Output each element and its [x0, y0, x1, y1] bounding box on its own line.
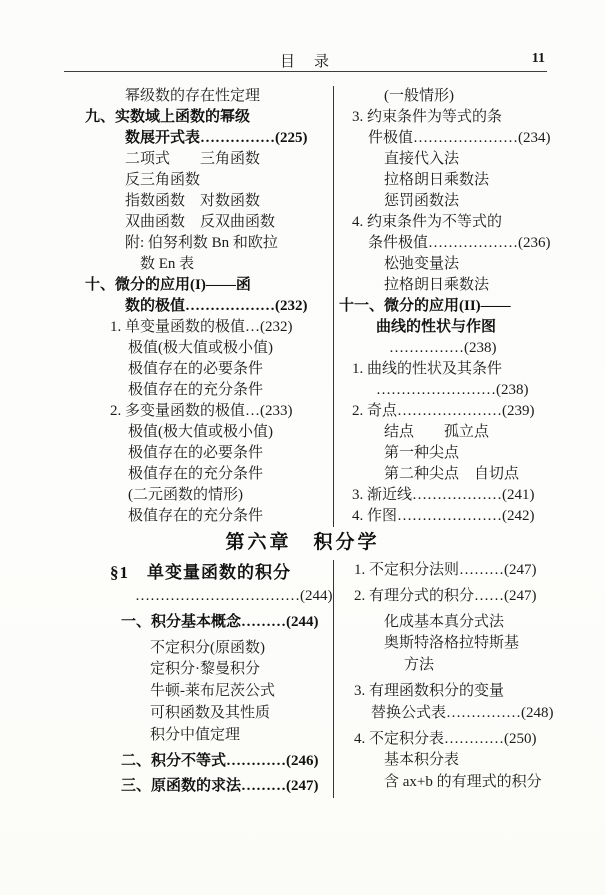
toc-line: 极值存在的必要条件: [85, 443, 333, 464]
toc-paragraph-heading: §1 单变量函数的积分: [85, 560, 333, 586]
toc-top-right-column: (一般情形) 3. 约束条件为等式的条 件极值…………………(234) 直接代入…: [333, 86, 560, 527]
toc-line: ……………………………(244): [85, 586, 333, 608]
toc-line: 化成基本真分式法: [334, 612, 560, 634]
toc-line: 牛顿-莱布尼茨公式: [85, 681, 333, 703]
toc-section-heading: 数展开式表……………(225): [85, 128, 333, 149]
toc-line: 二项式 三角函数: [85, 149, 333, 170]
page-number: 11: [532, 51, 545, 67]
toc-line: 幂级数的存在性定理: [85, 86, 333, 107]
toc-numbered-entry: 1. 单变量函数的极值…(232): [85, 317, 333, 338]
toc-section-heading: 数的极值………………(232): [85, 296, 333, 317]
toc-top-section: 幂级数的存在性定理 九、实数域上函数的幂级 数展开式表……………(225) 二项…: [62, 86, 560, 527]
toc-line: 第二种尖点 自切点: [334, 464, 560, 485]
toc-line: 定积分·黎曼积分: [85, 659, 333, 681]
toc-line: 指数函数 对数函数: [85, 191, 333, 212]
toc-section-heading: 曲线的性状与作图: [334, 317, 560, 338]
toc-section-heading: 三、原函数的求法………(247): [85, 776, 333, 798]
toc-numbered-entry: 1. 曲线的性状及其条件: [334, 359, 560, 380]
toc-line: 条件极值………………(236): [334, 233, 560, 254]
toc-line: ……………………(238): [334, 380, 560, 401]
toc-numbered-entry: 2. 有理分式的积分……(247): [334, 586, 560, 608]
toc-numbered-entry: 2. 奇点…………………(239): [334, 401, 560, 422]
toc-numbered-entry: 4. 作图…………………(242): [334, 506, 560, 527]
toc-line: 积分中值定理: [85, 725, 333, 747]
toc-line: 含 ax+b 的有理式的积分: [334, 772, 560, 794]
toc-line: 松弛变量法: [334, 254, 560, 275]
toc-line: 基本积分表: [334, 750, 560, 772]
toc-line: 极值(极大值或极小值): [85, 422, 333, 443]
toc-line: 替换公式表……………(248): [334, 703, 560, 725]
toc-line: 直接代入法: [334, 149, 560, 170]
toc-section-heading: 二、积分不等式…………(246): [85, 751, 333, 773]
toc-line: 数 En 表: [85, 254, 333, 275]
toc-section-heading: 十、微分的应用(I)——函: [85, 275, 333, 296]
toc-line: 拉格朗日乘数法: [334, 170, 560, 191]
toc-line: (二元函数的情形): [85, 485, 333, 506]
toc-line: 奥斯特洛格拉特斯基: [334, 633, 560, 655]
toc-line: 可积函数及其性质: [85, 703, 333, 725]
toc-numbered-entry: 2. 多变量函数的极值…(233): [85, 401, 333, 422]
toc-bottom-left-column: §1 单变量函数的积分 ……………………………(244) 一、积分基本概念…………: [62, 560, 333, 798]
toc-line: 不定积分(原函数): [85, 638, 333, 660]
toc-section-heading: 九、实数域上函数的幂级: [85, 107, 333, 128]
toc-line: 极值(极大值或极小值): [85, 338, 333, 359]
toc-line: 拉格朗日乘数法: [334, 275, 560, 296]
chapter-heading: 第六章 积分学: [0, 527, 605, 554]
toc-numbered-entry: 3. 有理函数积分的变量: [334, 681, 560, 703]
toc-line: (一般情形): [334, 86, 560, 107]
toc-numbered-entry: 4. 不定积分表…………(250): [334, 729, 560, 751]
toc-line: 极值存在的必要条件: [85, 359, 333, 380]
toc-section-heading: 十一、微分的应用(II)——: [334, 296, 560, 317]
page-title: 目 录: [64, 50, 547, 71]
toc-line: 反三角函数: [85, 170, 333, 191]
toc-bottom-right-column: 1. 不定积分法则………(247) 2. 有理分式的积分……(247) 化成基本…: [333, 560, 560, 798]
toc-line: 双曲函数 反双曲函数: [85, 212, 333, 233]
toc-line: 第一种尖点: [334, 443, 560, 464]
toc-line: 极值存在的充分条件: [85, 380, 333, 401]
toc-numbered-entry: 1. 不定积分法则………(247): [334, 560, 560, 582]
page-header: 目 录 11: [64, 50, 547, 72]
scanned-toc-page: 目 录 11 幂级数的存在性定理 九、实数域上函数的幂级 数展开式表……………(…: [0, 0, 605, 895]
toc-section-heading: 一、积分基本概念………(244): [85, 612, 333, 634]
toc-numbered-entry: 4. 约束条件为不等式的: [334, 212, 560, 233]
toc-numbered-entry: 3. 渐近线………………(241): [334, 485, 560, 506]
toc-line: ……………(238): [334, 338, 560, 359]
toc-line: 极值存在的充分条件: [85, 506, 333, 527]
toc-line: 结点 孤立点: [334, 422, 560, 443]
toc-numbered-entry: 3. 约束条件为等式的条: [334, 107, 560, 128]
toc-line: 惩罚函数法: [334, 191, 560, 212]
toc-top-left-column: 幂级数的存在性定理 九、实数域上函数的幂级 数展开式表……………(225) 二项…: [62, 86, 333, 527]
toc-line: 件极值…………………(234): [334, 128, 560, 149]
toc-bottom-section: §1 单变量函数的积分 ……………………………(244) 一、积分基本概念…………: [62, 560, 560, 798]
toc-line: 方法: [334, 655, 560, 677]
toc-line: 极值存在的充分条件: [85, 464, 333, 485]
toc-line: 附: 伯努利数 Bn 和欧拉: [85, 233, 333, 254]
